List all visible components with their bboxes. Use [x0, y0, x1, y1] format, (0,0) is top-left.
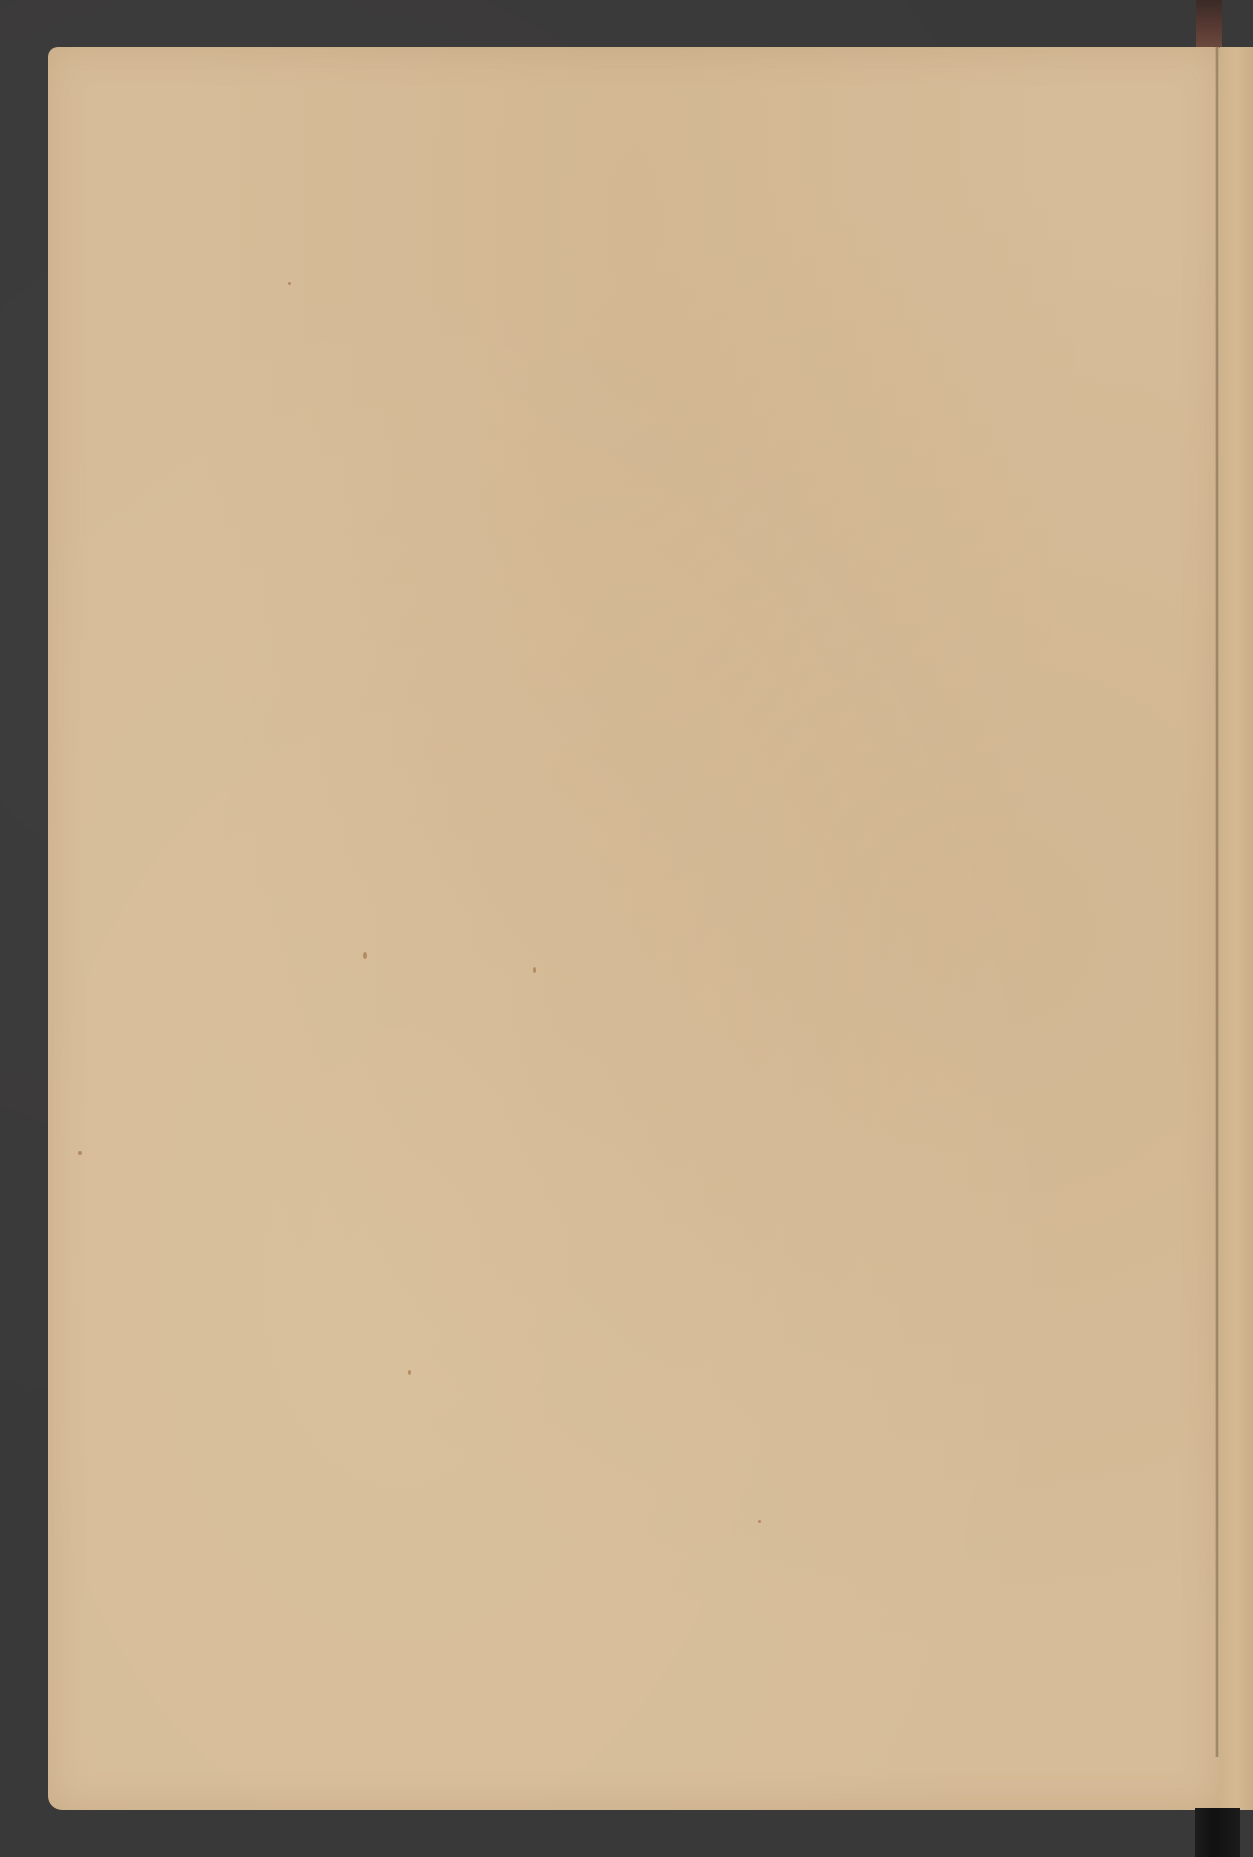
- paper-speck: [363, 952, 367, 959]
- page-gutter: [1215, 47, 1219, 1757]
- blank-page: [48, 47, 1220, 1810]
- paper-speck: [288, 282, 291, 285]
- book-spine-bottom: [1195, 1808, 1240, 1857]
- paper-speck: [533, 967, 536, 973]
- paper-speck: [408, 1370, 411, 1375]
- book-spine-top: [1196, 0, 1222, 48]
- adjacent-page-edge: [1220, 47, 1253, 1810]
- paper-speck: [758, 1520, 761, 1523]
- paper-speck: [78, 1151, 82, 1155]
